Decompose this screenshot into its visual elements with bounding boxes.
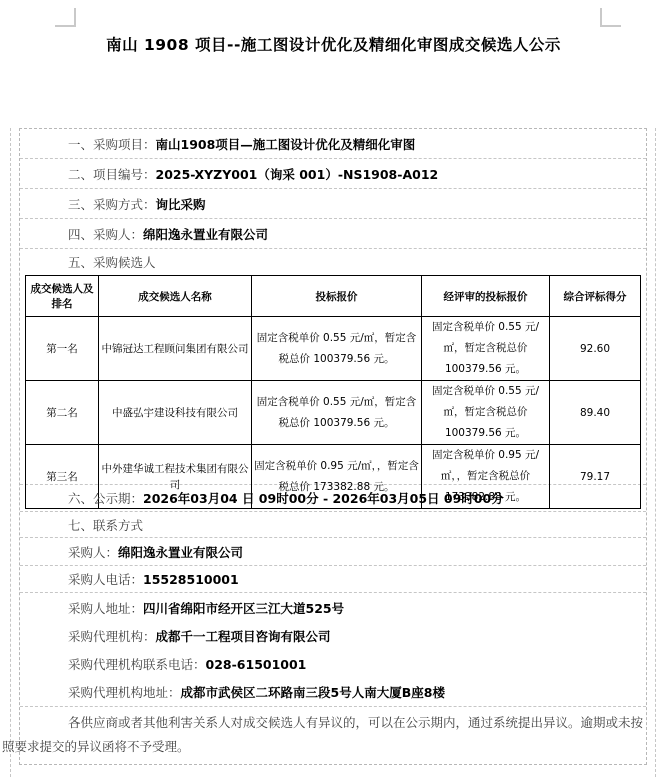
page-corner-mark-right xyxy=(600,8,621,27)
text-boundary-right xyxy=(655,128,656,777)
agency-phone-label: 采购代理机构联系电话： xyxy=(68,657,206,672)
candidates-table-header-row: 成交候选人及排名 成交候选人名称 投标报价 经评审的投标报价 综合评标得分 xyxy=(26,276,641,317)
page-title: 南山 1908 项目--施工图设计优化及精细化审图成交候选人公示 xyxy=(0,33,667,55)
score-cell: 89.40 xyxy=(550,381,641,445)
table-row: 第一名 中锦冠达工程顾问集团有限公司 固定含税单价 0.55 元/㎡，暂定含税总… xyxy=(26,317,641,381)
candidate-name-cell: 中盛弘宇建设科技有限公司 xyxy=(99,381,252,445)
bid-price-cell: 固定含税单价 0.55 元/㎡，暂定含税总价 100379.56 元。 xyxy=(252,317,422,381)
agency-name-value: 成都千一工程项目咨询有限公司 xyxy=(156,629,331,644)
purchaser-address-label: 采购人地址： xyxy=(68,601,143,616)
candidates-section: 五、采购候选人 成交候选人及排名 成交候选人名称 投标报价 经评审的投标报价 综… xyxy=(20,249,646,485)
project-number-label: 二、项目编号： xyxy=(68,165,156,183)
announcement-box: 一、采购项目：南山1908项目—施工图设计优化及精细化审图 二、项目编号：202… xyxy=(19,128,647,765)
contact-purchaser-label: 采购人： xyxy=(68,543,118,561)
page-corner-mark-left xyxy=(55,8,76,27)
header-rank: 成交候选人及排名 xyxy=(26,276,99,317)
evaluated-bid-cell: 固定含税单价 0.55 元/㎡，暂定含税总价 100379.56 元。 xyxy=(422,317,550,381)
purchaser-address-line: 采购人地址：四川省绵阳市经开区三江大道525号 xyxy=(68,595,646,623)
agency-name-label: 采购代理机构： xyxy=(68,629,156,644)
row-objection-notice: 各供应商或者其他利害关系人对成交候选人有异议的，可以在公示期内，通过系统提出异议… xyxy=(20,707,646,766)
objection-notice-text: 各供应商或者其他利害关系人对成交候选人有异议的，可以在公示期内，通过系统提出异议… xyxy=(2,711,646,759)
purchaser-address-value: 四川省绵阳市经开区三江大道525号 xyxy=(143,601,344,616)
agency-address-value: 成都市武侯区二环路南三段5号人南大厦B座8楼 xyxy=(181,685,445,700)
purchaser-phone-value: 15528510001 xyxy=(143,572,239,587)
row-procurement-method: 三、采购方式：询比采购 xyxy=(20,189,646,219)
row-purchaser-phone: 采购人电话：15528510001 xyxy=(20,566,646,593)
document-page: 南山 1908 项目--施工图设计优化及精细化审图成交候选人公示 一、采购项目：… xyxy=(0,0,667,777)
row-agency-details: 采购人地址：四川省绵阳市经开区三江大道525号 采购代理机构：成都千一工程项目咨… xyxy=(20,593,646,707)
procurement-method-label: 三、采购方式： xyxy=(68,195,156,213)
rank-cell: 第一名 xyxy=(26,317,99,381)
agency-address-label: 采购代理机构地址： xyxy=(68,685,181,700)
row-contact-section-title: 七、联系方式 xyxy=(20,512,646,538)
agency-phone-value: 028-61501001 xyxy=(206,657,307,672)
row-publicity-period: 六、公示期：2026年03月04 日 09时00分 - 2026年03月05日 … xyxy=(20,485,646,512)
row-purchaser: 四、采购人：绵阳逸永置业有限公司 xyxy=(20,219,646,249)
agency-name-line: 采购代理机构：成都千一工程项目咨询有限公司 xyxy=(68,623,646,651)
contact-purchaser-value: 绵阳逸永置业有限公司 xyxy=(118,543,243,561)
row-project-number: 二、项目编号：2025-XYZY001（询采 001）-NS1908-A012 xyxy=(20,159,646,189)
evaluated-bid-cell: 固定含税单价 0.55 元/㎡，暂定含税总价 100379.56 元。 xyxy=(422,381,550,445)
project-number-value: 2025-XYZY001（询采 001）-NS1908-A012 xyxy=(156,165,439,183)
candidates-table: 成交候选人及排名 成交候选人名称 投标报价 经评审的投标报价 综合评标得分 第一… xyxy=(25,275,641,509)
header-score: 综合评标得分 xyxy=(550,276,641,317)
rank-cell: 第二名 xyxy=(26,381,99,445)
header-bid-price: 投标报价 xyxy=(252,276,422,317)
row-contact-purchaser: 采购人：绵阳逸永置业有限公司 xyxy=(20,538,646,566)
candidate-name-cell: 中锦冠达工程顾问集团有限公司 xyxy=(99,317,252,381)
bid-price-cell: 固定含税单价 0.55 元/㎡，暂定含税总价 100379.56 元。 xyxy=(252,381,422,445)
purchaser-phone-label: 采购人电话： xyxy=(68,570,143,588)
purchaser-value: 绵阳逸永置业有限公司 xyxy=(143,225,268,243)
table-row: 第二名 中盛弘宇建设科技有限公司 固定含税单价 0.55 元/㎡，暂定含税总价 … xyxy=(26,381,641,445)
header-evaluated-bid-price: 经评审的投标报价 xyxy=(422,276,550,317)
score-cell: 92.60 xyxy=(550,317,641,381)
candidates-section-title: 五、采购候选人 xyxy=(20,249,646,275)
agency-phone-line: 采购代理机构联系电话：028-61501001 xyxy=(68,651,646,679)
publicity-period-label: 六、公示期： xyxy=(68,489,143,507)
text-boundary-left xyxy=(10,128,11,777)
publicity-period-value: 2026年03月04 日 09时00分 - 2026年03月05日 09时00分 xyxy=(143,489,504,507)
procurement-method-value: 询比采购 xyxy=(156,195,206,213)
agency-address-line: 采购代理机构地址：成都市武侯区二环路南三段5号人南大厦B座8楼 xyxy=(68,679,646,707)
purchaser-label: 四、采购人： xyxy=(68,225,143,243)
procurement-project-value: 南山1908项目—施工图设计优化及精细化审图 xyxy=(156,135,416,153)
contact-section-title: 七、联系方式 xyxy=(68,516,143,534)
header-candidate-name: 成交候选人名称 xyxy=(99,276,252,317)
row-procurement-project: 一、采购项目：南山1908项目—施工图设计优化及精细化审图 xyxy=(20,129,646,159)
procurement-project-label: 一、采购项目： xyxy=(68,135,156,153)
